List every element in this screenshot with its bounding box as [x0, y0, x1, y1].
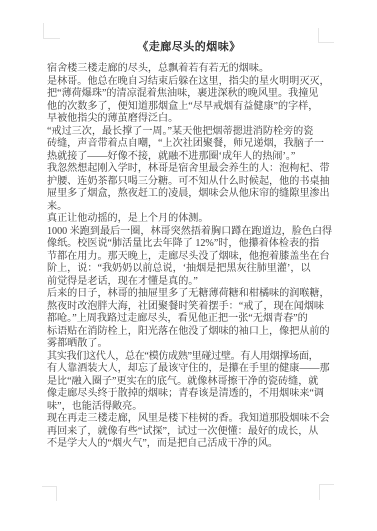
- text-line: 后来的日子，林哥的抽屉里多了无糖薄荷糖和柑橘味的润喉糖，: [47, 288, 335, 301]
- text-line: 1000 米跑到最后一圈，林哥突然捂着胸口蹲在跑道边，脸色白得: [47, 226, 335, 239]
- text-line: 前觉得是老话，现在才懂是真的。”: [47, 276, 335, 289]
- text-line: 像走廊尽头终于散掉的烟味；青春该是清透的，不用烟味来“调: [47, 388, 335, 401]
- text-line: 宿舍楼三楼走廊的尽头，总飘着若有若无的烟味。: [47, 63, 335, 76]
- document-page: 《走廊尽头的烟味》 宿舍楼三楼走廊的尽头，总飘着若有若无的烟味。 是林哥。他总在…: [0, 0, 377, 531]
- text-line: 阶上，说：“我奶奶以前总说，‘抽烟是把黑灰往肺里灌’，以: [47, 263, 335, 276]
- text-line: 护腰、连奶茶都只喝三分糖。可不知从什么时候起，他的书桌抽: [47, 176, 335, 189]
- text-line: 现在再走三楼走廊，风里是楼下桂树的香。我知道那股烟味不会: [47, 413, 335, 426]
- crop-mark-bottom-right-icon: [319, 484, 334, 500]
- text-line: 屉里多了烟盒，熬夜赶工的凌晨，烟味会从他床帘的缝隙里渗出: [47, 188, 335, 201]
- text-line: 雾都晒散了。: [47, 338, 335, 351]
- text-line: 砖缝，声音带着点自嘲，“上次社团聚餐，师兄递烟，我脑子一: [47, 138, 335, 151]
- crop-mark-bottom-left-icon: [42, 486, 57, 501]
- text-line: 是比“融入圈子”更实在的底气。就像林哥擦干净的瓷砖缝，就: [47, 376, 335, 389]
- text-line: 热就接了——好像不接，就融不进那圈‘成年人的热闹’。”: [47, 151, 335, 164]
- text-line: 节都在用力。那天晚上，走廊尽头没了烟味，他抱着膝盖坐在台: [47, 251, 335, 264]
- document-body: 宿舍楼三楼走廊的尽头，总飘着若有若无的烟味。 是林哥。他总在晚自习结束后躲在这里…: [47, 63, 335, 451]
- text-line: 来。: [47, 201, 335, 214]
- text-line: 我忽然想起刚入学时，林哥是宿舍里最会养生的人：泡枸杞、带: [47, 163, 335, 176]
- text-line: “戒过三次，最长撑了一周。”某天他把烟蒂摁进消防栓旁的瓷: [47, 126, 335, 139]
- text-line: 像纸。校医说“肺活量比去年降了 12%”时，他攥着体检表的指: [47, 238, 335, 251]
- crop-mark-top-left-icon: [43, 23, 60, 39]
- text-line: 标语贴在消防栓上，阳光落在他没了烟味的袖口上，像把从前的: [47, 326, 335, 339]
- text-line: 都呛。”上周我路过走廊尽头，看见他正把一张“无烟青春”的: [47, 313, 335, 326]
- text-line: 其实我们这代人，总在“模仿成熟”里碰过壁。有人用烟撑场面，: [47, 351, 335, 364]
- text-line: 有人靠酒装大人，却忘了最该守住的，是攥在手里的健康——那: [47, 363, 335, 376]
- text-line: 把“薄荷爆珠”的清凉混着焦油味，裹进深秋的晚风里。我撞见: [47, 88, 335, 101]
- document-title: 《走廊尽头的烟味》: [47, 41, 331, 54]
- text-line: 熬夜时改泡胖大海，社团聚餐时笑着摆手：“戒了，现在闻烟味: [47, 301, 335, 314]
- text-line: 他的次数多了，便知道那烟盒上“尽早戒烟有益健康”的字样，: [47, 101, 335, 114]
- text-line: 早被他指尖的薄茧磨得泛白。: [47, 113, 335, 126]
- text-line: 真正让他动摇的，是上个月的体测。: [47, 213, 335, 226]
- text-line: 味”，也能活得敞亮。: [47, 401, 335, 414]
- text-line: 不是学大人的“烟火气”，而是把自己活成干净的风。: [47, 438, 335, 451]
- text-line: 是林哥。他总在晚自习结束后躲在这里，指尖的星火明明灭灭，: [47, 76, 335, 89]
- text-line: 再回来了，就像有些“试探”，试过一次便懂：最好的成长，从: [47, 426, 335, 439]
